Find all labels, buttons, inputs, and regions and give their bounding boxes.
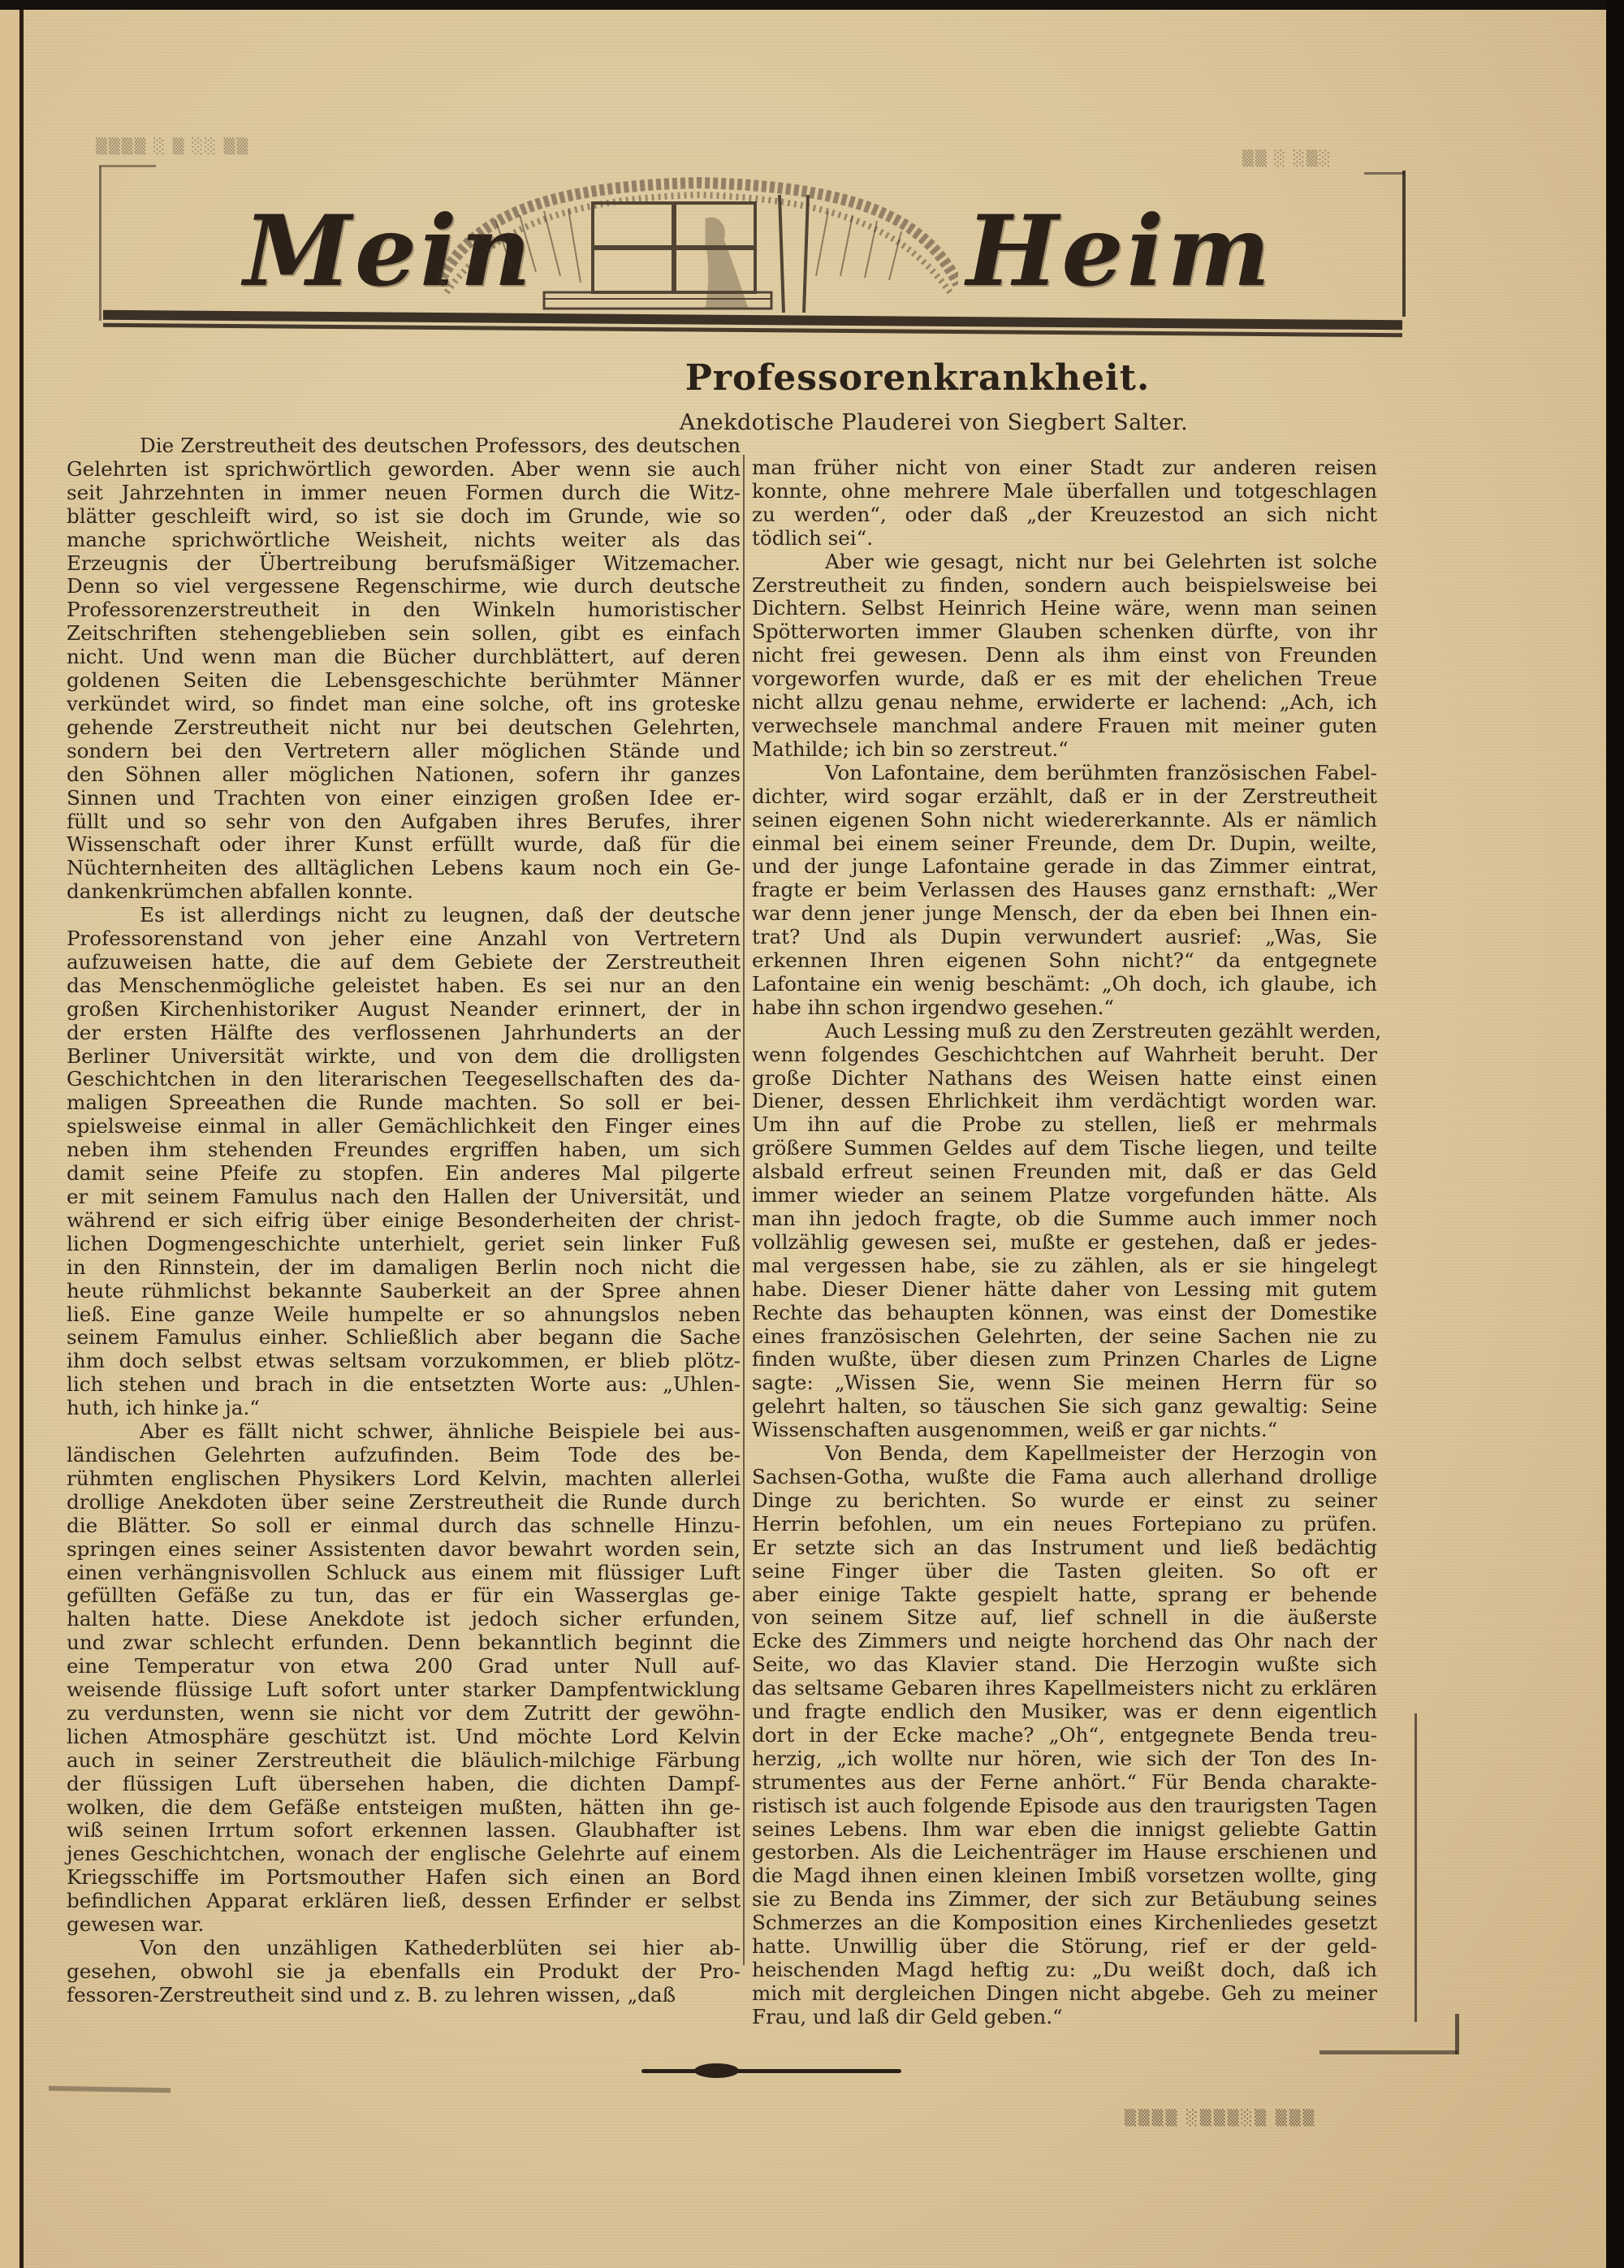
text-line: von seinem Sitze auf, lief schnell in di… bbox=[752, 1606, 1377, 1630]
text-line: heischenden Magd heftig zu: „Du weißt do… bbox=[752, 1959, 1377, 1982]
window-vines-illustration-icon bbox=[438, 171, 958, 317]
page-gutter-line bbox=[19, 10, 24, 2268]
text-line: Es ist allerdings nicht zu leugnen, daß … bbox=[67, 904, 741, 927]
text-line: das seltsame Gebaren ihres Kapellmeister… bbox=[752, 1677, 1377, 1700]
text-line: nicht. Und wenn man die Bücher durchblät… bbox=[67, 646, 741, 669]
text-line: sagte: „Wissen Sie, wenn Sie meinen Herr… bbox=[752, 1372, 1377, 1395]
text-line: wiß seinen Irrtum sofort erkennen lassen… bbox=[67, 1819, 741, 1842]
text-line: alsbald erfreut seinen Freunden mit, daß… bbox=[752, 1160, 1377, 1184]
article-title: Professorenkrankheit. bbox=[0, 357, 1624, 399]
text-line: Dichtern. Selbst Heinrich Heine wäre, we… bbox=[752, 597, 1377, 620]
text-line: ristisch ist auch folgende Episode aus d… bbox=[752, 1795, 1377, 1818]
text-line: Frau, und laß dir Geld geben.“ bbox=[752, 2006, 1377, 2029]
text-line: lich stehen und brach in die entsetzten … bbox=[67, 1373, 741, 1397]
text-line: nicht allzu genau nehme, erwiderte er la… bbox=[752, 691, 1377, 715]
text-line: in den Rinnstein, der im damaligen Berli… bbox=[67, 1256, 741, 1280]
article-column-left: Die Zerstreutheit des deutschen Professo… bbox=[67, 434, 741, 2007]
text-line: spielsweise einmal in aller Gemächlichke… bbox=[67, 1115, 741, 1138]
text-line: neben ihm stehenden Freundes ergriffen h… bbox=[67, 1138, 741, 1162]
text-line: ländischen Gelehrten aufzufinden. Beim T… bbox=[67, 1444, 741, 1467]
text-line: Berliner Universität wirkte, und von dem… bbox=[67, 1045, 741, 1069]
masthead-word-right: Heim bbox=[966, 203, 1273, 300]
text-line: lichen Dogmengeschichte unterhielt, geri… bbox=[67, 1233, 741, 1256]
text-line: Rechte das behaupten können, was einst d… bbox=[752, 1302, 1377, 1325]
text-line: wenn folgendes Geschichtchen auf Wahrhei… bbox=[752, 1043, 1377, 1067]
text-line: strumentes aus der Ferne anhört.“ Für Be… bbox=[752, 1771, 1377, 1795]
text-line: manche sprichwörtliche Weisheit, nichts … bbox=[67, 529, 741, 552]
text-line: Erzeugnis der Übertreibung berufsmäßiger… bbox=[67, 552, 741, 576]
text-line: den Söhnen aller möglichen Nationen, sof… bbox=[67, 763, 741, 787]
faded-footer-marks: ▒▒▒▒ ░▒▒▒░▒ ▒▒▒ bbox=[1125, 2110, 1316, 2127]
text-line: dort in der Ecke mache? „Oh“, entgegnete… bbox=[752, 1724, 1377, 1747]
text-line: fessoren-Zerstreutheit sind und z. B. zu… bbox=[67, 1984, 741, 2007]
faded-header-marks-right: ▒▒ ░ ░▒░ bbox=[1242, 150, 1332, 167]
text-line: jenes Geschichtchen, wonach der englisch… bbox=[67, 1842, 741, 1866]
text-line: Von den unzähligen Kathederblüten sei hi… bbox=[67, 1937, 741, 1960]
text-line: gestorben. Als die Leichenträger im Haus… bbox=[752, 1841, 1377, 1864]
header-frame-top-left bbox=[99, 165, 156, 167]
text-line: herzig, „ich wollte nur hören, wie sich … bbox=[752, 1747, 1377, 1771]
text-line: seinem Famulus einher. Schließlich aber … bbox=[67, 1326, 741, 1350]
article-paragraph: Aber es fällt nicht schwer, ähnliche Bei… bbox=[67, 1420, 741, 1937]
text-line: Herrin befohlen, um ein neues Fortepiano… bbox=[752, 1513, 1377, 1536]
text-line: Sachsen-Gotha, wußte die Fama auch aller… bbox=[752, 1466, 1377, 1489]
text-line: mal vergessen habe, sie zu zählen, als e… bbox=[752, 1255, 1377, 1278]
text-line: Seite, wo das Klavier stand. Die Herzogi… bbox=[752, 1653, 1377, 1677]
text-line: Denn so viel vergessene Regenschirme, wi… bbox=[67, 575, 741, 598]
article-paragraph: Es ist allerdings nicht zu leugnen, daß … bbox=[67, 904, 741, 1420]
right-column-bracket bbox=[1415, 1713, 1417, 2022]
text-line: goldenen Seiten die Lebensgeschichte ber… bbox=[67, 669, 741, 693]
text-line: seines Lebens. Ihm war eben die innigst … bbox=[752, 1818, 1377, 1842]
text-line: aufzuweisen hatte, die auf dem Gebiete d… bbox=[67, 951, 741, 974]
text-line: der flüssigen Luft übersehen haben, die … bbox=[67, 1773, 741, 1796]
text-line: konnte, ohne mehrere Male überfallen und… bbox=[752, 480, 1377, 503]
text-line: Professorenzerstreutheit in den Winkeln … bbox=[67, 598, 741, 622]
text-line: Geschichtchen in den literarischen Teege… bbox=[67, 1068, 741, 1091]
text-line: lichen Atmosphäre geschützt ist. Und möc… bbox=[67, 1726, 741, 1749]
text-line: seine Finger über die Tasten gleiten. So… bbox=[752, 1560, 1377, 1583]
text-line: und fragte endlich den Musiker, was er d… bbox=[752, 1700, 1377, 1724]
text-line: Wissenschaft oder ihrer Kunst erfüllt wu… bbox=[67, 833, 741, 857]
text-line: seit Jahrzehnten in immer neuen Formen d… bbox=[67, 482, 741, 505]
masthead: Mein Heim bbox=[244, 171, 1250, 317]
text-line: und der junge Lafontaine gerade in das Z… bbox=[752, 855, 1377, 879]
text-line: fragte er beim Verlassen des Hauses ganz… bbox=[752, 879, 1377, 902]
text-line: blätter geschleift wird, so ist sie doch… bbox=[67, 505, 741, 529]
text-line: halten hatte. Diese Anekdote ist jedoch … bbox=[67, 1608, 741, 1631]
text-line: man ihn jedoch fragte, ob die Summe auch… bbox=[752, 1207, 1377, 1231]
column-divider bbox=[743, 455, 745, 1965]
text-line: größere Summen Geldes auf dem Tische lie… bbox=[752, 1137, 1377, 1160]
text-line: gewesen war. bbox=[67, 1913, 741, 1937]
text-line: Gelehrten ist sprichwörtlich geworden. A… bbox=[67, 458, 741, 482]
text-line: er mit seinem Famulus nach den Hallen de… bbox=[67, 1186, 741, 1209]
text-line: eines französischen Gelehrten, der seine… bbox=[752, 1325, 1377, 1349]
text-line: vorgeworfen wurde, daß er es mit der ehe… bbox=[752, 667, 1377, 691]
article-byline: Anekdotische Plauderei von Siegbert Salt… bbox=[0, 410, 1624, 435]
article-paragraph: Aber wie gesagt, nicht nur bei Gelehrten… bbox=[752, 551, 1377, 762]
article-paragraph: Auch Lessing muß zu den Zerstreuten gezä… bbox=[752, 1020, 1377, 1442]
text-line: mich mit dergleichen Dingen nicht abgebe… bbox=[752, 1982, 1377, 2006]
text-line: Aber es fällt nicht schwer, ähnliche Bei… bbox=[67, 1420, 741, 1444]
text-line: vollzählig gewesen sei, mußte er gestehe… bbox=[752, 1231, 1377, 1255]
text-line: immer wieder an seinem Platze vorgefunde… bbox=[752, 1184, 1377, 1207]
text-line: war denn jener junge Mensch, der da eben… bbox=[752, 902, 1377, 926]
text-line: Von Benda, dem Kapellmeister der Herzogi… bbox=[752, 1442, 1377, 1466]
text-line: Zeitschriften stehengeblieben sein solle… bbox=[67, 622, 741, 646]
text-line: während er sich eifrig über einige Beson… bbox=[67, 1209, 741, 1233]
text-line: Lafontaine ein wenig beschämt: „Oh doch,… bbox=[752, 973, 1377, 996]
text-line: weisende flüssige Luft sofort unter star… bbox=[67, 1678, 741, 1702]
text-line: gefüllten Gefäße zu tun, das er für ein … bbox=[67, 1584, 741, 1608]
text-line: sie zu Benda ins Zimmer, der sich zur Be… bbox=[752, 1888, 1377, 1912]
text-line: seinen eigenen Sohn nicht wiedererkannte… bbox=[752, 809, 1377, 832]
text-line: tödlich sei“. bbox=[752, 527, 1377, 551]
frame-bottom-right bbox=[1319, 2050, 1458, 2054]
end-of-article-ornament-icon bbox=[694, 2063, 739, 2078]
text-line: Nüchternheiten des alltäglichen Lebens k… bbox=[67, 857, 741, 880]
text-line: Ecke des Zimmers und neigte horchend das… bbox=[752, 1630, 1377, 1653]
text-line: Dinge zu berichten. So wurde er einst zu… bbox=[752, 1489, 1377, 1513]
article-paragraph: man früher nicht von einer Stadt zur and… bbox=[752, 456, 1377, 551]
text-line: hatte. Unwillig über die Störung, rief e… bbox=[752, 1935, 1377, 1959]
text-line: Schmerzes an die Komposition eines Kirch… bbox=[752, 1912, 1377, 1935]
text-line: Wissenschaften ausgenommen, weiß er gar … bbox=[752, 1419, 1377, 1442]
text-line: Kriegsschiffe im Portsmouther Hafen sich… bbox=[67, 1866, 741, 1890]
end-of-article-rule bbox=[641, 2069, 901, 2073]
header-frame-right bbox=[1402, 171, 1406, 317]
text-line: befindlichen Apparat erklären ließ, dess… bbox=[67, 1890, 741, 1913]
text-line: gelehrt halten, so täuschen Sie sich gan… bbox=[752, 1395, 1377, 1419]
text-line: huth, ich hinke ja.“ bbox=[67, 1397, 741, 1420]
scan-right-border bbox=[1606, 0, 1624, 2268]
text-line: Auch Lessing muß zu den Zerstreuten gezä… bbox=[752, 1020, 1377, 1043]
text-line: aber einige Takte gespielt hatte, sprang… bbox=[752, 1583, 1377, 1607]
article-paragraph: Von Lafontaine, dem berühmten französisc… bbox=[752, 762, 1377, 1020]
text-line: zu werden“, oder daß „der Kreuzestod an … bbox=[752, 503, 1377, 527]
text-line: dankenkrümchen abfallen konnte. bbox=[67, 880, 741, 904]
text-line: drollige Anekdoten über seine Zerstreuth… bbox=[67, 1491, 741, 1514]
text-line: Er setzte sich an das Instrument und lie… bbox=[752, 1536, 1377, 1560]
text-line: nicht frei gewesen. Denn als ihm einst v… bbox=[752, 644, 1377, 667]
text-line: Die Zerstreutheit des deutschen Professo… bbox=[67, 434, 741, 458]
text-line: einen verhängnisvollen Schluck aus einem… bbox=[67, 1562, 741, 1585]
text-line: Spötterworten immer Glauben schenken dür… bbox=[752, 620, 1377, 644]
text-line: wolken, die dem Gefäße entsteigen mußten… bbox=[67, 1796, 741, 1820]
text-line: große Dichter Nathans des Weisen hatte e… bbox=[752, 1067, 1377, 1091]
text-line: zu verdunsten, wenn sie nicht vor dem Zu… bbox=[67, 1702, 741, 1726]
text-line: damit seine Pfeife zu stopfen. Ein ander… bbox=[67, 1162, 741, 1186]
article-paragraph: Die Zerstreutheit des deutschen Professo… bbox=[67, 434, 741, 904]
text-line: der ersten Hälfte des verflossenen Jahrh… bbox=[67, 1022, 741, 1045]
text-line: verkündet wird, so findet man eine solch… bbox=[67, 693, 741, 716]
text-line: ließ. Eine ganze Weile humpelte er so ah… bbox=[67, 1303, 741, 1327]
adjacent-page-strip bbox=[0, 10, 19, 2268]
text-line: habe ihn schon irgendwo gesehen.“ bbox=[752, 996, 1377, 1020]
header-frame-left bbox=[99, 166, 101, 321]
text-line: die Blätter. So soll er einmal durch das… bbox=[67, 1514, 741, 1538]
text-line: Sinnen und Trachten von einer einzigen g… bbox=[67, 787, 741, 810]
text-line: dichter, wird sogar erzählt, daß er in d… bbox=[752, 785, 1377, 809]
text-line: und zwar schlecht erfunden. Denn bekannt… bbox=[67, 1631, 741, 1655]
text-line: die Magd ihnen einen kleinen Imbiß vorse… bbox=[752, 1864, 1377, 1888]
text-line: auch in seiner Zerstreutheit die bläulic… bbox=[67, 1749, 741, 1773]
text-line: ihm doch selbst etwas seltsam vorzukomme… bbox=[67, 1350, 741, 1373]
text-line: eine Temperatur von etwa 200 Grad unter … bbox=[67, 1655, 741, 1678]
article-paragraph: Von Benda, dem Kapellmeister der Herzogi… bbox=[752, 1442, 1377, 2029]
text-line: das Menschenmögliche geleistet haben. Es… bbox=[67, 974, 741, 998]
faded-header-marks-left: ▒▒▒▒ ░ ▒ ░░ ▒▒ bbox=[96, 138, 249, 155]
text-line: einmal bei einem seiner Freunde, dem Dr.… bbox=[752, 832, 1377, 856]
scan-top-border bbox=[0, 0, 1624, 10]
text-line: Mathilde; ich bin so zerstreut.“ bbox=[752, 738, 1377, 762]
text-line: man früher nicht von einer Stadt zur and… bbox=[752, 456, 1377, 480]
frame-corner-right bbox=[1455, 2014, 1459, 2054]
text-line: trat? Und als Dupin verwundert ausrief: … bbox=[752, 926, 1377, 949]
article-column-right: man früher nicht von einer Stadt zur and… bbox=[752, 456, 1377, 2029]
text-line: Diener, dessen Ehrlichkeit ihm verdächti… bbox=[752, 1090, 1377, 1113]
text-line: gesehen, obwohl sie ja ebenfalls ein Pro… bbox=[67, 1960, 741, 1984]
header-frame-top-right bbox=[1364, 172, 1405, 175]
text-line: Um ihn auf die Probe zu stellen, ließ er… bbox=[752, 1113, 1377, 1137]
text-line: großen Kirchenhistoriker August Neander … bbox=[67, 998, 741, 1022]
text-line: verwechsele manchmal andere Frauen mit m… bbox=[752, 715, 1377, 738]
text-line: erkennen Ihren eigenen Sohn nicht?“ da e… bbox=[752, 949, 1377, 973]
text-line: habe. Dieser Diener hätte daher von Less… bbox=[752, 1278, 1377, 1302]
text-line: sondern bei den Vertretern aller möglich… bbox=[67, 740, 741, 763]
text-line: rühmten englischen Physikers Lord Kelvin… bbox=[67, 1467, 741, 1491]
text-line: springen eines seiner Assistenten davor … bbox=[67, 1538, 741, 1562]
text-line: finden wußte, über diesen zum Prinzen Ch… bbox=[752, 1348, 1377, 1372]
text-line: Zerstreutheit zu finden, sondern auch be… bbox=[752, 574, 1377, 598]
text-line: Von Lafontaine, dem berühmten französisc… bbox=[752, 762, 1377, 785]
text-line: gehende Zerstreutheit nicht nur bei deut… bbox=[67, 716, 741, 740]
text-line: Aber wie gesagt, nicht nur bei Gelehrten… bbox=[752, 551, 1377, 574]
text-line: füllt und so sehr von den Aufgaben ihres… bbox=[67, 810, 741, 834]
text-line: maligen Spreeathen die Runde machten. So… bbox=[67, 1091, 741, 1115]
text-line: heute rühmlichst bekannte Sauberkeit an … bbox=[67, 1280, 741, 1303]
article-paragraph: Von den unzähligen Kathederblüten sei hi… bbox=[67, 1937, 741, 2007]
text-line: Professorenstand von jeher eine Anzahl v… bbox=[67, 927, 741, 951]
